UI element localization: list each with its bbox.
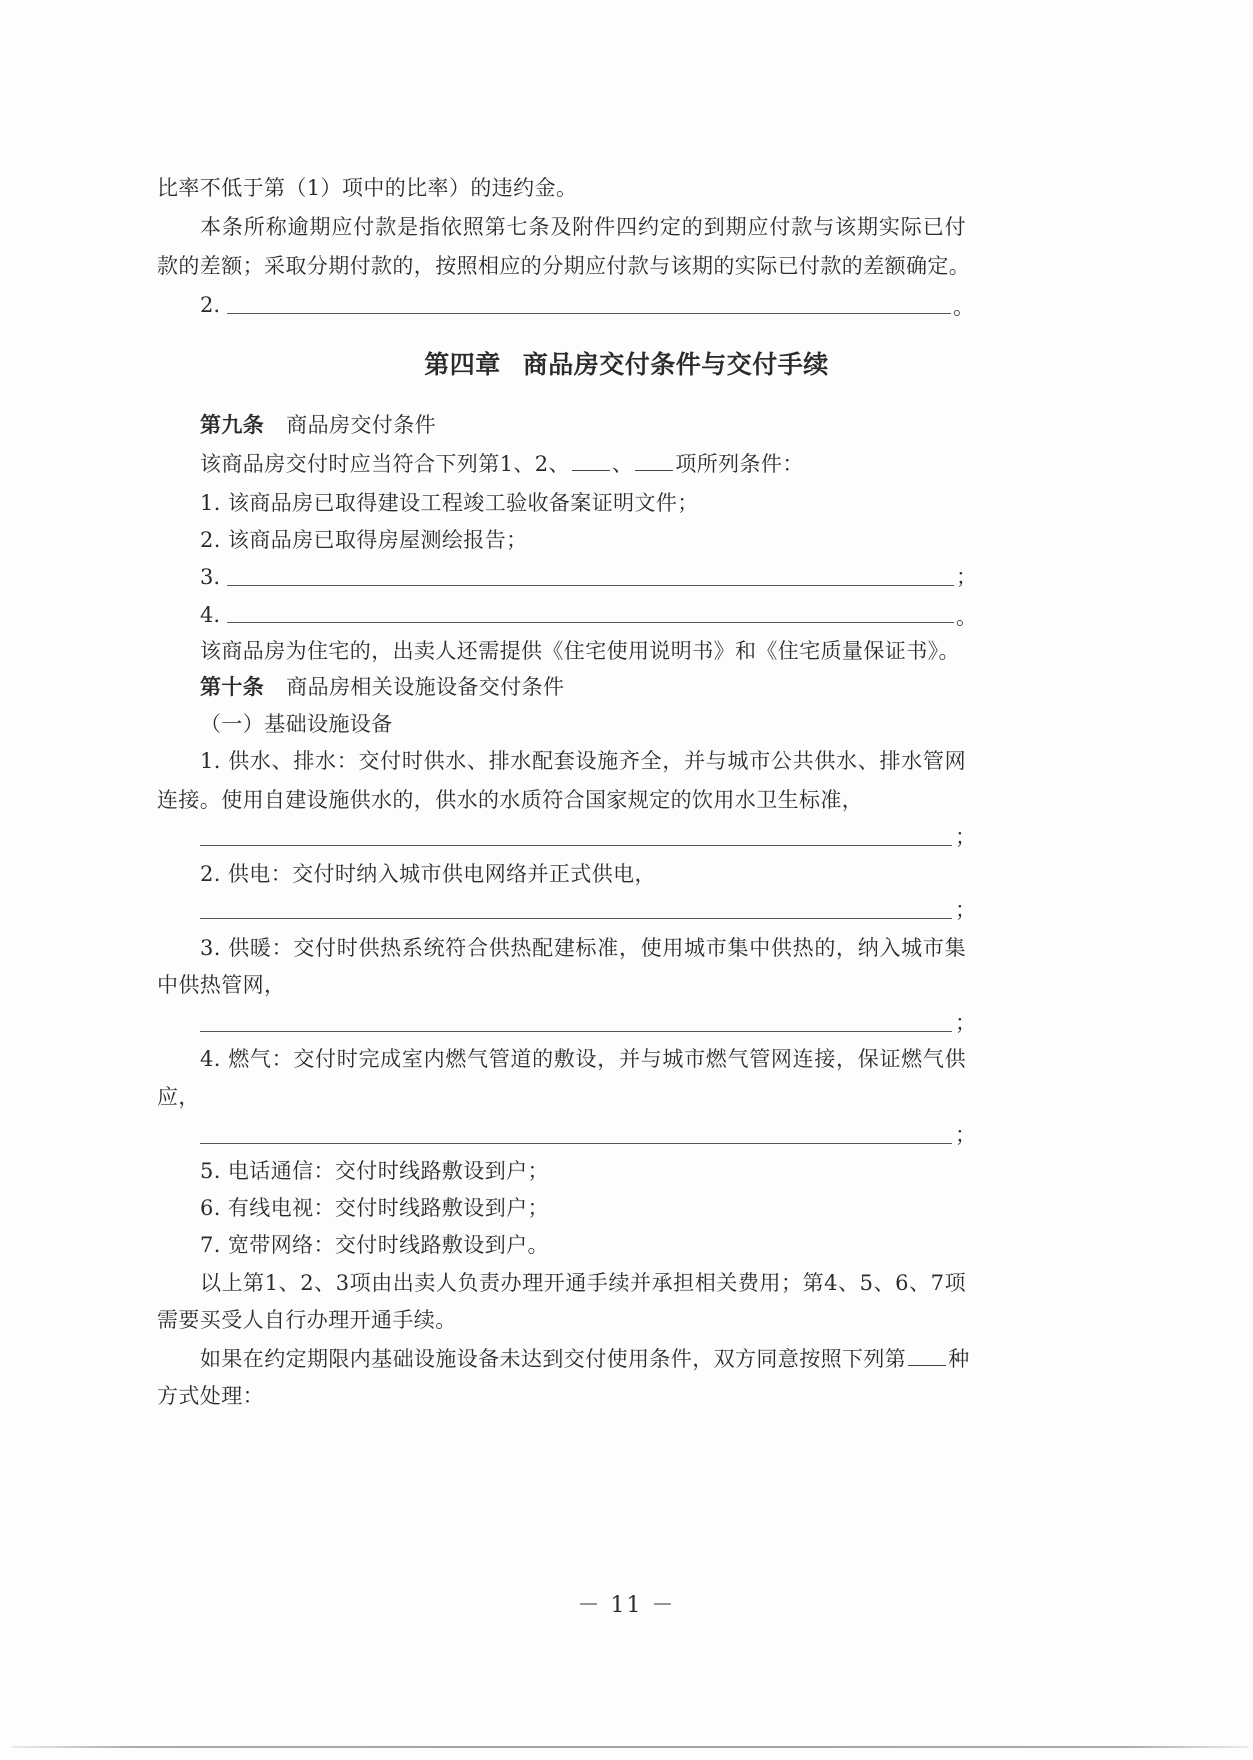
failure-suffix: 种: [948, 1347, 969, 1371]
end-punct: ；: [955, 1120, 976, 1150]
failure-line-1: 如果在约定期限内基础设施设备未达到交付使用条件，双方同意按照下列第种: [200, 1344, 970, 1374]
end-punct: ；: [955, 1008, 976, 1038]
power-line-1: 2. 供电：交付时纳入城市供电网络并正式供电，: [200, 859, 656, 889]
failure-line-2: 方式处理：: [157, 1381, 264, 1411]
end-punct: ；: [955, 822, 976, 852]
end-punct: ；: [955, 895, 976, 925]
failure-prefix: 如果在约定期限内基础设施设备未达到交付使用条件，双方同意按照下列第: [200, 1347, 906, 1371]
tv-item: 6. 有线电视：交付时线路敷设到户；: [200, 1193, 549, 1223]
item-number: 3.: [200, 562, 220, 592]
end-punct: 。: [956, 602, 977, 632]
section-basic-facilities: （一）基础设施设备: [200, 709, 393, 739]
article-9-item-3: 3.: [200, 562, 970, 592]
gas-line-2: 应，: [157, 1082, 200, 1112]
intro-para2-line-1: 本条所称逾期应付款是指依照第七条及附件四约定的到期应付款与该期实际已付: [200, 212, 966, 242]
phone-item: 5. 电话通信：交付时线路敷设到户；: [200, 1156, 549, 1186]
responsibility-line-2: 需要买受人自行办理开通手续。: [157, 1305, 457, 1335]
fill-in-blank[interactable]: [908, 1345, 946, 1366]
lead-sep: 、: [612, 452, 633, 476]
heat-line-2: 中供热管网，: [157, 970, 285, 1000]
intro-line-1: 比率不低于第（1）项中的比率）的违约金。: [157, 173, 577, 203]
fill-in-line-power[interactable]: [200, 918, 952, 919]
heat-line-1: 3. 供暖：交付时供热系统符合供热配建标准，使用城市集中供热的，纳入城市集: [200, 933, 966, 963]
intro-para2-line-2: 款的差额；采取分期付款的，按照相应的分期应付款与该期的实际已付款的差额确定。: [157, 251, 967, 281]
intro-item-2: 2.: [200, 290, 970, 320]
document-page: 比率不低于第（1）项中的比率）的违约金。 本条所称逾期应付款是指依照第七条及附件…: [0, 0, 1253, 1760]
lead-suffix: 项所列条件：: [675, 452, 803, 476]
article-title: 商品房交付条件: [286, 413, 436, 437]
article-9-lead: 该商品房交付时应当符合下列第1、2、、项所列条件：: [200, 449, 804, 479]
article-9-item-4: 4.: [200, 600, 970, 630]
chapter-heading: 第四章商品房交付条件与交付手续: [0, 345, 1253, 381]
article-9-note: 该商品房为住宅的，出卖人还需提供《住宅使用说明书》和《住宅质量保证书》。: [200, 636, 960, 666]
article-label: 第十条: [200, 675, 264, 699]
fill-in-blank[interactable]: [635, 450, 673, 471]
fill-in-line[interactable]: [227, 313, 951, 314]
article-9-item-1: 1. 该商品房已取得建设工程竣工验收备案证明文件；: [200, 488, 699, 518]
article-label: 第九条: [200, 413, 264, 437]
chapter-title: 商品房交付条件与交付手续: [523, 350, 829, 379]
fill-in-line-gas[interactable]: [200, 1143, 952, 1144]
scan-edge-divider: [12, 1746, 1249, 1748]
chapter-number: 第四章: [424, 350, 501, 379]
page-number: － 11 －: [0, 1588, 1253, 1619]
broadband-item: 7. 宽带网络：交付时线路敷设到户。: [200, 1230, 549, 1260]
fill-in-line[interactable]: [227, 585, 954, 586]
water-line-2: 连接。使用自建设施供水的，供水的水质符合国家规定的饮用水卫生标准，: [157, 785, 863, 815]
responsibility-line-1: 以上第1、2、3项由出卖人负责办理开通手续并承担相关费用；第4、5、6、7项: [200, 1268, 966, 1298]
fill-in-line-water[interactable]: [200, 845, 952, 846]
gas-line-1: 4. 燃气：交付时完成室内燃气管道的敷设，并与城市燃气管网连接，保证燃气供: [200, 1044, 966, 1074]
fill-in-blank[interactable]: [572, 450, 610, 471]
item-number: 2.: [200, 290, 220, 320]
article-title: 商品房相关设施设备交付条件: [286, 675, 564, 699]
fill-in-line-heat[interactable]: [200, 1031, 952, 1032]
lead-prefix: 该商品房交付时应当符合下列第1、2、: [200, 452, 570, 476]
water-line-1: 1. 供水、排水：交付时供水、排水配套设施齐全，并与城市公共供水、排水管网: [200, 746, 966, 776]
article-9-heading: 第九条商品房交付条件: [200, 410, 436, 440]
item-number: 4.: [200, 600, 220, 630]
end-punct: ；: [956, 562, 977, 592]
end-punct: 。: [953, 292, 974, 322]
article-10-heading: 第十条商品房相关设施设备交付条件: [200, 672, 564, 702]
article-9-item-2: 2. 该商品房已取得房屋测绘报告；: [200, 525, 528, 555]
fill-in-line[interactable]: [227, 622, 954, 623]
